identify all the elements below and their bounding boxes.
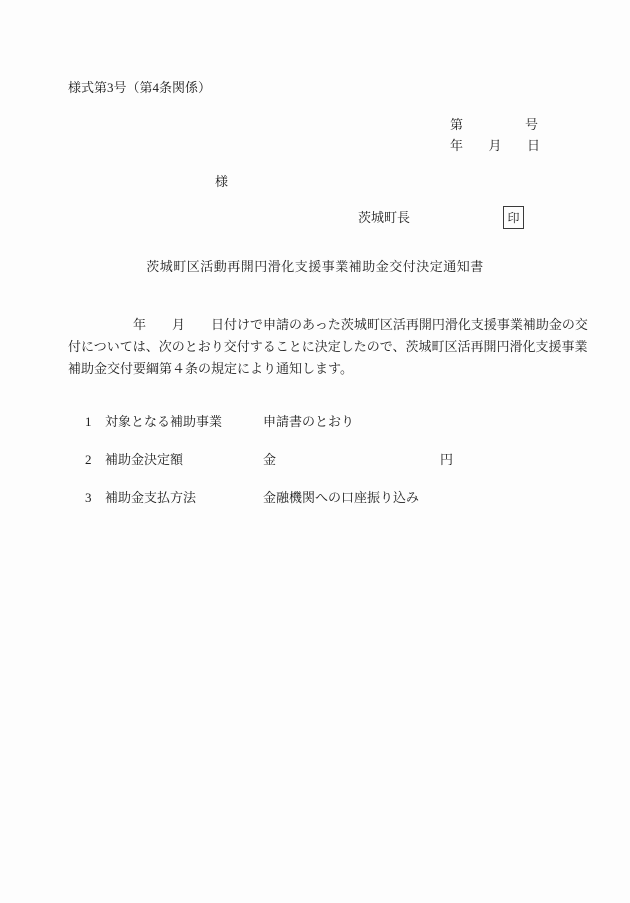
document-page: 様式第3号（第4条関係） 第 号 年 月 日 様 茨城町長 印 茨城町区活動再開… [0,0,630,903]
doc-number-suffix: 号 [525,115,538,135]
item-number: 1 [85,412,92,432]
document-number-line: 第 号 [450,115,538,135]
item-number: 3 [85,488,92,508]
item-label: 対象となる補助事業 [105,412,222,432]
item-value-prefix: 金 [263,450,276,470]
date-day-label: 日 [527,136,540,156]
form-number: 様式第3号（第4条関係） [68,78,211,98]
document-title: 茨城町区活動再開円滑化支援事業補助金交付決定通知書 [0,257,630,277]
date-line: 年 月 日 [450,136,540,156]
item-value: 金融機関への口座振り込み [263,488,419,508]
date-month-label: 月 [488,136,501,156]
sender-title: 茨城町長 [358,208,410,228]
item-value-suffix: 円 [440,450,453,470]
list-item-subsidy-project: 1 対象となる補助事業 申請書のとおり [0,412,630,432]
date-year-label: 年 [450,136,463,156]
list-item-subsidy-amount: 2 補助金決定額 金 円 [0,450,630,470]
item-label: 補助金支払方法 [105,488,196,508]
item-value: 申請書のとおり [263,412,354,432]
doc-number-prefix: 第 [450,115,463,135]
body-paragraph-line: 補助金交付要綱第４条の規定により通知します。 [68,359,353,379]
item-number: 2 [85,450,92,470]
body-paragraph-line: 年 月 日付けで申請のあった茨城町区活再開円滑化支援事業補助金の交 [68,315,588,335]
item-label: 補助金決定額 [105,450,183,470]
recipient-honorific: 様 [215,172,228,192]
seal-label: 印 [507,212,519,224]
seal-stamp: 印 [503,206,524,229]
list-item-payment-method: 3 補助金支払方法 金融機関への口座振り込み [0,488,630,508]
body-paragraph-line: 付については、次のとおり交付することに決定したので、茨城町区活再開円滑化支援事業 [68,337,587,357]
